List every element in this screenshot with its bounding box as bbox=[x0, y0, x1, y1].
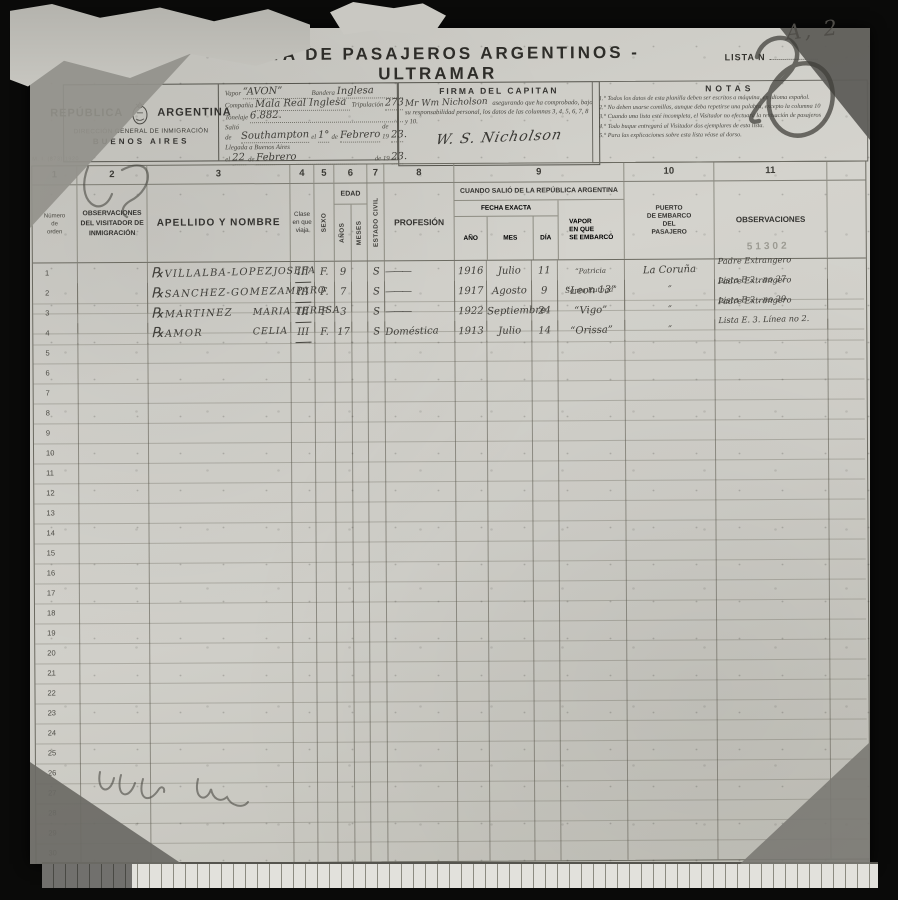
name-prefix-mark: ℞ bbox=[151, 325, 164, 341]
header-edad: EDAD bbox=[334, 184, 366, 205]
table-cell bbox=[828, 318, 864, 340]
table-cell bbox=[560, 580, 627, 601]
header-meses: MESES bbox=[355, 220, 362, 245]
name-prefix-mark: ℞ bbox=[151, 265, 164, 281]
table-cell bbox=[457, 661, 489, 682]
table-cell bbox=[535, 720, 561, 741]
table-cell bbox=[79, 403, 149, 424]
table-cell bbox=[292, 482, 316, 503]
row-number: 15 bbox=[35, 543, 80, 564]
col-number: 5 bbox=[314, 165, 334, 183]
table-cell bbox=[338, 742, 355, 763]
table-cell bbox=[293, 642, 317, 663]
table-cell bbox=[534, 540, 560, 561]
table-cell bbox=[625, 359, 715, 381]
table-cell bbox=[149, 502, 292, 524]
table-cell bbox=[293, 622, 317, 643]
table-cell bbox=[458, 841, 490, 861]
table-cell bbox=[150, 662, 293, 684]
table-cell bbox=[716, 519, 829, 541]
table-cell bbox=[717, 679, 830, 701]
table-cell bbox=[80, 603, 150, 624]
table-cell bbox=[456, 441, 488, 462]
table-cell bbox=[627, 599, 717, 621]
table-cell bbox=[79, 483, 149, 504]
row-number: 6 bbox=[33, 363, 78, 384]
header-profesion: PROFESIÓN bbox=[384, 183, 454, 260]
table-cell bbox=[717, 659, 830, 681]
table-cell bbox=[386, 481, 456, 502]
table-cell bbox=[627, 579, 717, 601]
table-cell bbox=[369, 401, 386, 422]
table-cell bbox=[627, 659, 717, 681]
table-cell bbox=[560, 640, 627, 661]
table-cell bbox=[533, 440, 559, 461]
handwritten-value: S bbox=[372, 262, 379, 281]
table-cell bbox=[715, 359, 828, 381]
table-cell bbox=[387, 561, 457, 582]
table-cell bbox=[457, 581, 489, 602]
table-cell bbox=[456, 501, 488, 522]
table-cell bbox=[148, 362, 291, 384]
table-cell bbox=[560, 680, 627, 701]
table-body: 1℞VILLALBA-LOPEZJOSEFAIIIF.9S———1916Juli… bbox=[33, 258, 870, 863]
table-cell bbox=[353, 461, 369, 482]
table-cell bbox=[533, 420, 559, 441]
handwritten-value: Padre Extrangero Lista E. 3. Línea no 2. bbox=[715, 290, 810, 330]
ship-form: Vapor “AVON” Bandera Inglesa Compañía Ma… bbox=[219, 83, 412, 160]
table-cell bbox=[534, 620, 560, 641]
table-cell bbox=[488, 460, 533, 481]
table-cell bbox=[718, 719, 831, 741]
table-cell bbox=[385, 341, 455, 362]
table-cell bbox=[149, 382, 292, 404]
table-cell bbox=[716, 379, 829, 401]
table-cell bbox=[458, 741, 490, 762]
handwritten-value: III bbox=[294, 303, 310, 323]
table-cell bbox=[369, 521, 386, 542]
table-cell bbox=[455, 361, 487, 382]
handwritten-value: ″ bbox=[668, 321, 672, 340]
table-cell bbox=[628, 719, 718, 741]
table-cell bbox=[315, 362, 335, 383]
table-cell bbox=[533, 480, 559, 501]
table-cell bbox=[78, 323, 148, 345]
table-cell bbox=[457, 541, 489, 562]
table-cell bbox=[317, 662, 337, 683]
table-cell bbox=[456, 421, 488, 442]
table-cell bbox=[150, 542, 293, 564]
table-cell bbox=[455, 341, 487, 362]
table-cell: Julio bbox=[487, 320, 532, 342]
table-cell bbox=[830, 538, 866, 559]
table-cell bbox=[626, 519, 716, 541]
table-cell bbox=[355, 761, 371, 782]
table-cell bbox=[387, 621, 457, 642]
header-sexo: SEXO bbox=[321, 212, 328, 232]
table-cell bbox=[386, 501, 456, 522]
header-cuando-salio: CUANDO SALIÓ DE LA REPÚBLICA ARGENTINA bbox=[454, 182, 623, 201]
table-cell bbox=[292, 502, 316, 523]
table-cell bbox=[371, 801, 388, 822]
tonelaje-label: Tonelaje bbox=[225, 113, 248, 123]
table-cell bbox=[534, 580, 560, 601]
table-cell bbox=[79, 503, 149, 524]
table-cell bbox=[335, 362, 352, 383]
table-cell bbox=[488, 520, 533, 541]
table-cell bbox=[829, 438, 865, 459]
table-cell bbox=[489, 620, 534, 641]
table-cell bbox=[81, 703, 151, 724]
table-cell bbox=[488, 380, 533, 401]
handwritten-value: 9 bbox=[339, 263, 346, 282]
table-cell bbox=[353, 481, 369, 502]
table-cell bbox=[355, 721, 371, 742]
table-cell bbox=[535, 700, 561, 721]
table-cell bbox=[456, 461, 488, 482]
table-cell bbox=[561, 840, 628, 860]
de19-label: de 19 bbox=[382, 122, 390, 142]
table-cell bbox=[627, 619, 717, 641]
el-label: el bbox=[311, 133, 316, 143]
table-cell bbox=[336, 422, 353, 443]
table-cell bbox=[490, 800, 535, 821]
table-cell bbox=[560, 540, 627, 561]
table-cell bbox=[830, 678, 866, 699]
table-cell bbox=[292, 422, 316, 443]
table-cell bbox=[81, 763, 151, 784]
header-mes: MES bbox=[488, 216, 534, 259]
passenger-name: ℞AMORCELIA bbox=[148, 321, 288, 345]
table-cell bbox=[338, 802, 355, 823]
table-cell bbox=[318, 702, 338, 723]
table-cell bbox=[717, 619, 830, 641]
row-number: 17 bbox=[35, 583, 80, 604]
table-cell bbox=[535, 780, 561, 801]
table-cell bbox=[293, 682, 317, 703]
table-cell bbox=[457, 681, 489, 702]
header-margin bbox=[827, 180, 863, 257]
table-cell bbox=[369, 461, 386, 482]
table-cell bbox=[316, 502, 336, 523]
table-cell bbox=[830, 618, 866, 639]
table-cell bbox=[718, 759, 831, 781]
table-cell bbox=[387, 661, 457, 682]
row-number: 10 bbox=[34, 443, 79, 464]
table-cell bbox=[532, 360, 558, 381]
table-cell bbox=[456, 521, 488, 542]
table-cell bbox=[294, 722, 318, 743]
table-cell bbox=[353, 381, 369, 402]
table-cell bbox=[354, 661, 370, 682]
table-cell bbox=[355, 701, 371, 722]
table-cell bbox=[717, 579, 830, 601]
table-cell bbox=[458, 821, 490, 842]
table-cell bbox=[628, 799, 718, 821]
handwritten-value: ——— bbox=[385, 282, 411, 302]
row-number: 4 bbox=[33, 323, 78, 345]
table-cell bbox=[294, 802, 318, 823]
handwritten-value: S bbox=[373, 322, 380, 341]
table-cell bbox=[352, 361, 368, 382]
table-cell bbox=[337, 582, 354, 603]
table-cell bbox=[559, 440, 626, 461]
table-cell bbox=[338, 762, 355, 783]
table-cell bbox=[626, 419, 716, 441]
table-cell bbox=[354, 621, 370, 642]
header-edad-group: EDAD AÑOS MESES bbox=[334, 183, 367, 260]
table-cell bbox=[560, 620, 627, 641]
table-cell bbox=[533, 400, 559, 421]
header-ano: AÑO bbox=[455, 217, 488, 260]
surname: AMOR bbox=[165, 322, 253, 343]
header-anos: AÑOS bbox=[339, 223, 346, 243]
table-cell bbox=[627, 679, 717, 701]
table-cell bbox=[316, 402, 336, 423]
table-cell bbox=[718, 699, 831, 721]
table-cell bbox=[628, 739, 718, 761]
table-cell bbox=[81, 783, 151, 804]
table-cell bbox=[561, 820, 628, 841]
col-number-blank bbox=[827, 161, 863, 179]
header-estado-civil: ESTADO CIVIL bbox=[372, 197, 379, 247]
row-number: 21 bbox=[35, 663, 80, 684]
table-cell bbox=[490, 780, 535, 801]
col-number: 11 bbox=[714, 162, 827, 181]
handwritten-value: Doméstica bbox=[385, 322, 439, 342]
table-cell bbox=[336, 402, 353, 423]
table-cell bbox=[830, 578, 866, 599]
table-cell bbox=[489, 660, 534, 681]
table-cell bbox=[292, 442, 316, 463]
handwritten-value: 1922 bbox=[458, 302, 484, 322]
table-cell bbox=[80, 583, 150, 604]
table-cell bbox=[561, 780, 628, 801]
table-cell bbox=[148, 342, 291, 364]
handwritten-value: “Leon 13” bbox=[565, 280, 617, 300]
table-cell bbox=[371, 821, 388, 842]
handwritten-value: “Orissa” bbox=[570, 321, 613, 341]
table-cell bbox=[829, 458, 865, 479]
handwritten-value: S bbox=[372, 302, 379, 321]
table-cell bbox=[151, 762, 294, 784]
row-number: 20 bbox=[35, 643, 80, 664]
table-cell bbox=[369, 441, 386, 462]
table-cell bbox=[829, 498, 865, 519]
tripulacion-value: 273 bbox=[385, 98, 404, 109]
table-cell bbox=[371, 781, 388, 802]
passenger-table: 1 2 3 4 5 6 7 8 9 10 11 Número de orden … bbox=[31, 160, 870, 864]
header-observaciones: OBSERVACIONES bbox=[736, 215, 806, 224]
salio-month: Febrero bbox=[340, 130, 380, 141]
table-cell bbox=[338, 702, 355, 723]
notes-box: NOTAS 1.° Todos los datos de esta planil… bbox=[592, 79, 868, 163]
table-cell bbox=[293, 582, 317, 603]
table-cell bbox=[291, 342, 315, 363]
table-cell bbox=[316, 422, 336, 443]
header-fecha-exacta: FECHA EXACTA bbox=[455, 200, 558, 217]
handwritten-value: 17 bbox=[337, 322, 350, 341]
table-cell bbox=[316, 522, 336, 543]
table-cell bbox=[335, 342, 352, 363]
table-cell bbox=[626, 459, 716, 481]
passenger-list-sheet: LISTA DE PASAJEROS ARGENTINOS - ULTRAMAR… bbox=[30, 28, 870, 864]
table-cell bbox=[337, 562, 354, 583]
table-cell bbox=[370, 541, 387, 562]
table-cell bbox=[353, 441, 369, 462]
table-cell bbox=[355, 781, 371, 802]
handwritten-value: ——— bbox=[385, 302, 411, 322]
table-cell bbox=[628, 839, 718, 860]
table-cell bbox=[151, 742, 294, 764]
table-cell bbox=[385, 361, 455, 382]
table-cell bbox=[353, 521, 369, 542]
table-cell bbox=[318, 722, 338, 743]
handwritten-value: 1913 bbox=[458, 322, 484, 342]
handwritten-value: ″ bbox=[667, 281, 671, 300]
table-cell bbox=[293, 542, 317, 563]
table-cell bbox=[370, 561, 387, 582]
table-cell bbox=[490, 700, 535, 721]
header-puerto-embarco: PUERTO DE EMBARCO DEL PASAJERO bbox=[624, 181, 714, 259]
table-cell bbox=[386, 421, 456, 442]
table-cell: “Orissa” bbox=[558, 320, 625, 342]
table-cell bbox=[353, 421, 369, 442]
table-cell bbox=[292, 522, 316, 543]
col-number: 6 bbox=[334, 165, 367, 183]
sheet-content: LISTA DE PASAJEROS ARGENTINOS - ULTRAMAR… bbox=[30, 28, 870, 864]
col-number: 10 bbox=[624, 162, 714, 181]
table-cell bbox=[371, 741, 388, 762]
table-cell bbox=[79, 443, 149, 464]
table-cell bbox=[458, 721, 490, 742]
table-cell bbox=[388, 701, 458, 722]
row-number: 18 bbox=[35, 603, 80, 624]
table-cell bbox=[316, 482, 336, 503]
table-cell bbox=[80, 643, 150, 664]
table-cell bbox=[716, 399, 829, 421]
table-cell bbox=[717, 559, 830, 581]
handwritten-value: 11 bbox=[538, 261, 551, 280]
table-cell bbox=[317, 582, 337, 603]
ship-form-row: Compañía Mala Real Inglesa Tripulación 2… bbox=[225, 98, 406, 111]
table-cell bbox=[457, 621, 489, 642]
handwritten-value: La Coruña bbox=[643, 260, 697, 280]
table-cell bbox=[534, 660, 560, 681]
table-cell bbox=[558, 340, 625, 361]
table-cell bbox=[628, 699, 718, 721]
table-cell bbox=[717, 639, 830, 661]
row-number: 12 bbox=[34, 483, 79, 504]
table-cell bbox=[80, 563, 150, 584]
table-cell bbox=[354, 681, 370, 702]
table-cell bbox=[151, 722, 294, 744]
handwritten-value: 14 bbox=[538, 321, 551, 340]
table-cell bbox=[535, 840, 561, 860]
table-cell bbox=[533, 380, 559, 401]
header-dia: DÍA bbox=[534, 216, 558, 259]
captain-signature: W. S. Nicholson bbox=[403, 126, 596, 150]
table-cell bbox=[317, 642, 337, 663]
table-cell bbox=[337, 542, 354, 563]
table-cell bbox=[353, 501, 369, 522]
table-cell bbox=[369, 481, 386, 502]
table-cell bbox=[150, 682, 293, 704]
table-cell bbox=[355, 801, 371, 822]
table-cell bbox=[318, 802, 338, 823]
table-cell bbox=[534, 680, 560, 701]
handwritten-value: ″ bbox=[668, 301, 672, 320]
handwritten-value: F. bbox=[320, 323, 329, 342]
table-cell bbox=[352, 321, 368, 343]
table-cell: 17 bbox=[335, 322, 352, 344]
table-cell bbox=[149, 442, 292, 464]
table-cell bbox=[489, 640, 534, 661]
table-cell bbox=[371, 701, 388, 722]
col-number: 8 bbox=[384, 164, 454, 182]
table-cell bbox=[386, 441, 456, 462]
name-prefix-mark: ℞ bbox=[151, 305, 164, 321]
tripulacion-label: Tripulación bbox=[352, 100, 384, 110]
table-cell bbox=[354, 541, 370, 562]
table-cell bbox=[337, 602, 354, 623]
row-number: 19 bbox=[35, 623, 80, 644]
table-cell bbox=[716, 459, 829, 481]
table-cell bbox=[456, 401, 488, 422]
handwritten-value: Julio bbox=[497, 261, 520, 281]
given-name: CELIA bbox=[253, 326, 288, 338]
table-cell bbox=[337, 622, 354, 643]
table-cell bbox=[561, 740, 628, 761]
table-cell bbox=[294, 742, 318, 763]
table-cell: S bbox=[368, 321, 385, 343]
table-cell bbox=[490, 720, 535, 741]
table-cell bbox=[458, 701, 490, 722]
row-number: 8 bbox=[34, 403, 79, 424]
table-cell bbox=[830, 598, 866, 619]
table-cell bbox=[318, 842, 338, 862]
table-cell bbox=[488, 420, 533, 441]
table-cell bbox=[559, 460, 626, 481]
table-cell: III bbox=[291, 322, 315, 344]
row-number: 11 bbox=[34, 463, 79, 484]
table-cell bbox=[386, 521, 456, 542]
table-cell bbox=[829, 478, 865, 499]
vapor-label: Vapor bbox=[225, 89, 241, 99]
table-cell bbox=[352, 341, 368, 362]
table-cell bbox=[336, 502, 353, 523]
col-number: 2 bbox=[77, 166, 147, 184]
table-cell bbox=[370, 661, 387, 682]
captain-name-handwritten: Mr Wm Nicholson bbox=[405, 98, 488, 109]
table-cell bbox=[830, 558, 866, 579]
table-cell bbox=[370, 601, 387, 622]
row-number: 22 bbox=[35, 683, 80, 704]
underlying-ruled-sheet-edge bbox=[42, 862, 878, 888]
table-cell bbox=[370, 581, 387, 602]
table-cell bbox=[489, 540, 534, 561]
table-cell bbox=[336, 462, 353, 483]
table-cell bbox=[716, 499, 829, 521]
table-cell bbox=[458, 781, 490, 802]
table-cell bbox=[559, 420, 626, 441]
table-cell bbox=[336, 382, 353, 403]
table-cell bbox=[626, 399, 716, 421]
handwritten-value: 1916 bbox=[457, 262, 483, 282]
tonelaje-value: 6.882. bbox=[250, 111, 282, 122]
table-cell bbox=[150, 642, 293, 664]
table-cell bbox=[338, 822, 355, 843]
